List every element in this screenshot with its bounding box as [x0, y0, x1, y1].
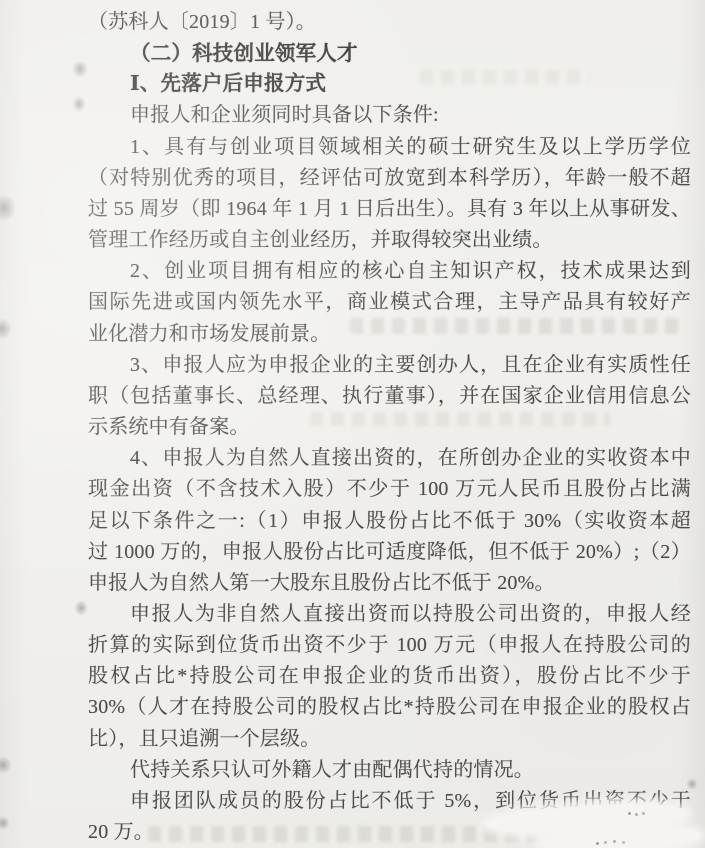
text-line: 足以下条件之一:（1）申报人股份占比不低于 30%（实收资本超 — [88, 506, 691, 537]
scanned-document-page: （苏科人〔2019〕1 号）。（二）科技创业领军人才Ⅰ、先落户后申报方式申报人和… — [0, 0, 705, 848]
text-line: 4、申报人为自然人直接出资的，在所创办企业的实收资本中 — [88, 443, 691, 474]
text-line: 比），且只追溯一个层级。 — [88, 724, 691, 755]
scan-smudge — [0, 318, 12, 340]
text-line: 职（包括董事长、总经理、执行董事），并在国家企业信用信息公 — [88, 381, 691, 412]
scan-smudge — [0, 194, 16, 222]
text-line: 过 1000 万的，申报人股份占比可适度降低，但不低于 20%）;（2） — [88, 537, 691, 568]
text-line: 申报人和企业须同时具备以下条件: — [88, 100, 691, 131]
text-line: 申报团队成员的股份占比不低于 5%，到位货币出资不少于 — [88, 786, 691, 817]
text-line: 现金出资（不含技术入股）不少于 100 万元人民币且股份占比满 — [88, 474, 691, 505]
scan-smudge — [0, 816, 10, 830]
text-line: 2、创业项目拥有相应的核心自主知识产权，技术成果达到 — [88, 256, 691, 287]
text-line: 20 万。 — [88, 817, 691, 848]
text-line: （对特别优秀的项目，经评估可放宽到本科学历），年龄一般不超 — [88, 163, 691, 194]
text-line: 申报人为自然人第一大股东且股份占比不低于 20%。 — [88, 568, 691, 599]
sub-heading-line: Ⅰ、先落户后申报方式 — [88, 69, 691, 100]
text-line: 业化潜力和市场发展前景。 — [88, 319, 691, 350]
text-line: 管理工作经历或自主创业经历，并取得较突出业绩。 — [88, 225, 691, 256]
text-line: 过 55 周岁（即 1964 年 1 月 1 日后出生）。具有 3 年以上从事研… — [88, 194, 691, 225]
scan-smudge — [74, 600, 88, 616]
document-text: （苏科人〔2019〕1 号）。（二）科技创业领军人才Ⅰ、先落户后申报方式申报人和… — [88, 7, 691, 848]
scan-smudge — [72, 60, 88, 78]
text-line: （苏科人〔2019〕1 号）。 — [88, 7, 691, 38]
text-line: 30%（人才在持股公司的股权占比*持股公司在申报企业的股权占 — [88, 692, 691, 723]
scan-smudge — [0, 756, 12, 774]
text-line: 1、具有与创业项目领域相关的硕士研究生及以上学历学位 — [88, 132, 691, 163]
scan-smudge — [72, 96, 86, 112]
text-line: 国际先进或国内领先水平，商业模式合理，主导产品具有较好产 — [88, 287, 691, 318]
text-line: 折算的实际到位货币出资不少于 100 万元（申报人在持股公司的 — [88, 630, 691, 661]
text-line: 股权占比*持股公司在申报企业的货币出资），股份占比不少于 — [88, 661, 691, 692]
section-heading-line: （二）科技创业领军人才 — [88, 38, 691, 69]
text-line: 申报人为非自然人直接出资而以持股公司出资的，申报人经 — [88, 599, 691, 630]
text-line: 示系统中有备案。 — [88, 412, 691, 443]
text-line: 3、申报人应为申报企业的主要创办人，且在企业有实质性任 — [88, 350, 691, 381]
text-line: 代持关系只认可外籍人才由配偶代持的情况。 — [88, 755, 691, 786]
